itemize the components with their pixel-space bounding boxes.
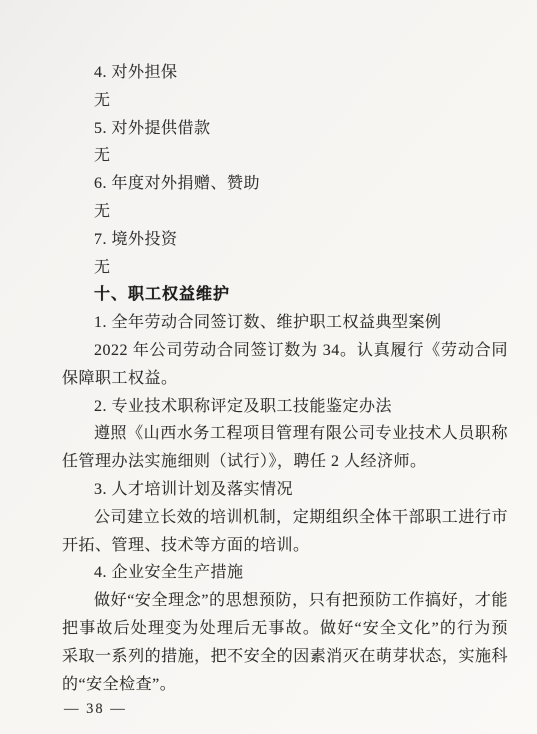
document-line: 5. 对外提供借款 xyxy=(62,115,508,143)
document-body: 4. 对外担保无5. 对外提供借款无6. 年度对外捐赠、赞助无7. 境外投资无十… xyxy=(62,59,508,698)
document-line: 开拓、管理、技术等方面的培训。 xyxy=(62,532,508,560)
document-line: 无 xyxy=(62,198,508,226)
page-number: — 38 — xyxy=(64,701,127,718)
document-line: 把事故后处理变为处理后无事故。做好“安全文化”的行为预防， xyxy=(62,615,508,643)
document-line: 6. 年度对外捐赠、赞助 xyxy=(62,170,508,198)
document-line: 4. 企业安全生产措施 xyxy=(62,559,508,587)
document-line: 1. 全年劳动合同签订数、维护职工权益典型案例 xyxy=(62,309,508,337)
document-line: 任管理办法实施细则（试行）》，聘任 2 人经济师。 xyxy=(62,448,508,476)
section-heading: 十、职工权益维护 xyxy=(62,281,508,309)
document-line: 遵照《山西水务工程项目管理有限公司专业技术人员职称聘 xyxy=(62,420,508,448)
document-page: 4. 对外担保无5. 对外提供借款无6. 年度对外捐赠、赞助无7. 境外投资无十… xyxy=(0,0,537,734)
document-line: 3. 人才培训计划及落实情况 xyxy=(62,476,508,504)
document-line: 7. 境外投资 xyxy=(62,226,508,254)
document-line: 2. 专业技术职称评定及职工技能鉴定办法 xyxy=(62,393,508,421)
document-line: 的“安全检查”。 xyxy=(62,671,508,699)
document-line: 无 xyxy=(62,254,508,282)
document-line: 2022 年公司劳动合同签订数为 34。认真履行《劳动合同法》， xyxy=(62,337,508,365)
document-line: 无 xyxy=(62,87,508,115)
document-line: 4. 对外担保 xyxy=(62,59,508,87)
document-line: 无 xyxy=(62,142,508,170)
document-line: 保障职工权益。 xyxy=(62,365,508,393)
document-line: 采取一系列的措施，把不安全的因素消灭在萌芽状态，实施科学 xyxy=(62,643,508,671)
document-line: 公司建立长效的培训机制，定期组织全体干部职工进行市场 xyxy=(62,504,508,532)
document-line: 做好“安全理念”的思想预防，只有把预防工作搞好，才能 xyxy=(62,587,508,615)
